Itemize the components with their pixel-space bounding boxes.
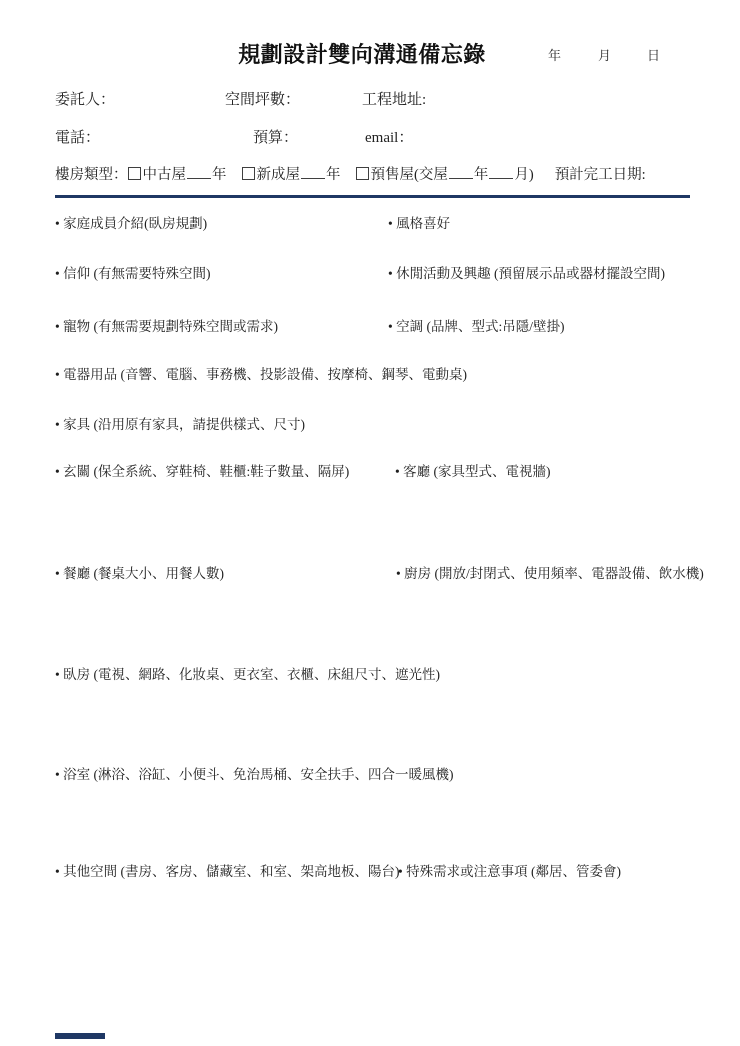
option-presale-end: 月) — [514, 167, 533, 183]
memo-item-aircon: 空調 (品牌、型式:吊隱/壁掛) — [388, 315, 564, 335]
memo-item-entryway: 玄關 (保全系統、穿鞋椅、鞋櫃:鞋子數量、隔屏) — [55, 460, 349, 480]
footer-accent-bar — [55, 1033, 105, 1039]
checkbox-presale-house[interactable] — [356, 167, 369, 180]
building-type-row: 樓房類型：中古屋年新成屋年預售屋(交屋年月)預計完工日期: — [55, 163, 646, 184]
checkbox-midold-house[interactable] — [128, 167, 141, 180]
midold-years-blank[interactable] — [187, 166, 211, 179]
option-new-house: 新成屋年 — [242, 167, 341, 183]
memo-item-furniture: 家具 (沿用原有家具，請提供樣式、尺寸) — [55, 413, 305, 433]
checkbox-new-house[interactable] — [242, 167, 255, 180]
date-year-label: 年 — [548, 45, 561, 64]
option-new-label: 新成屋 — [257, 167, 301, 183]
memo-item-pets: 寵物 (有無需要規劃特殊空間或需求) — [55, 315, 278, 335]
memo-item-specialneeds: 特殊需求或注意事項 (鄰居、管委會) — [398, 860, 621, 880]
option-presale-mid: 年 — [474, 167, 489, 183]
date-day-label: 日 — [647, 45, 660, 64]
memo-item-faith: 信仰 (有無需要特殊空間) — [55, 262, 210, 282]
date-month-label: 月 — [598, 45, 611, 64]
option-presale-house: 預售屋(交屋年月) — [356, 167, 534, 183]
address-field-label: 工程地址: — [362, 88, 426, 109]
option-presale-label: 預售屋(交屋 — [371, 167, 448, 183]
page-title: 規劃設計雙向溝通備忘錄 — [238, 38, 486, 69]
new-years-blank[interactable] — [301, 166, 325, 179]
presale-year-blank[interactable] — [449, 166, 473, 179]
memo-item-livingroom: 客廳 (家具型式、電視牆) — [395, 460, 550, 480]
memo-item-appliances: 電器用品 (音響、電腦、事務機、投影設備、按摩椅、鋼琴、電動桌) — [55, 363, 467, 383]
memo-item-family: 家庭成員介紹(臥房規劃) — [55, 212, 207, 232]
client-field-label: 委託人： — [55, 88, 115, 109]
email-field-label: email： — [365, 126, 413, 147]
completion-date-label: 預計完工日期: — [555, 167, 646, 183]
option-midold-label: 中古屋 — [143, 167, 187, 183]
memo-document: 規劃設計雙向溝通備忘錄 年 月 日 委託人： 空間坪數： 工程地址: 電話： 預… — [0, 0, 740, 1046]
memo-item-style: 風格喜好 — [388, 212, 450, 232]
presale-month-blank[interactable] — [489, 166, 513, 179]
option-midold-suffix: 年 — [212, 167, 227, 183]
memo-item-otherspace: 其他空間 (書房、客房、儲藏室、和室、架高地板、陽台) — [55, 860, 399, 880]
header-divider — [55, 195, 690, 198]
memo-item-diningroom: 餐廳 (餐桌大小、用餐人數) — [55, 562, 224, 582]
memo-item-leisure: 休閒活動及興趣 (預留展示品或器材擺設空間) — [388, 262, 665, 282]
memo-item-bathroom: 浴室 (淋浴、浴缸、小便斗、免治馬桶、安全扶手、四合一暖風機) — [55, 763, 453, 783]
budget-field-label: 預算： — [253, 126, 298, 147]
memo-item-kitchen: 廚房 (開放/封閉式、使用頻率、電器設備、飲水機) — [396, 562, 704, 582]
building-type-label: 樓房類型： — [55, 167, 128, 183]
area-field-label: 空間坪數： — [225, 88, 300, 109]
phone-field-label: 電話： — [55, 126, 100, 147]
memo-item-bedroom: 臥房 (電視、網路、化妝桌、更衣室、衣櫃、床組尺寸、遮光性) — [55, 663, 440, 683]
option-new-suffix: 年 — [326, 167, 341, 183]
option-midold-house: 中古屋年 — [128, 167, 227, 183]
